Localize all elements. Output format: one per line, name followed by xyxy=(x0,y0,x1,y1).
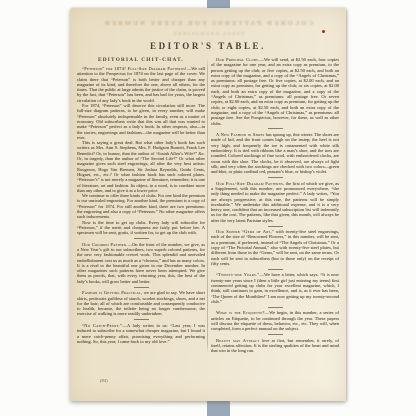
text-columns: EDITORIAL CHIT-CHAT. “Peterson” for 1874… xyxy=(77,57,339,354)
page-title: EDITOR'S TABLE. xyxy=(70,41,346,51)
paragraph-lead: “Peterson” for 1874! Full-Size Diagram P… xyxy=(82,66,187,71)
paragraph-lead: Our Full-Size Diagram Patterns, xyxy=(216,181,284,186)
paragraph-divider xyxy=(134,319,149,320)
paragraph: Beauty may Attract love at first, but re… xyxy=(211,338,339,354)
paragraph-divider xyxy=(134,238,149,239)
paragraph: Now is the time to get up clubs. Every l… xyxy=(77,220,205,236)
paragraph-divider xyxy=(268,269,283,270)
red-ink-speck xyxy=(322,30,325,33)
column-rule xyxy=(207,58,208,354)
paragraph-text: We continue to offer three kinds of club… xyxy=(77,193,205,219)
paragraph-lead: A New Fashion in Shoes xyxy=(216,132,264,137)
paragraph: “Peterson” for 1874! Full-Size Diagram P… xyxy=(77,66,205,103)
paragraph-text: This is saying a great deal. But what ot… xyxy=(77,140,205,193)
paragraph: “Twenty-one Years.”—We have a letter, wh… xyxy=(211,272,339,304)
paragraph-divider xyxy=(268,226,283,227)
paragraph-text: —We call attention to the Prospectus for… xyxy=(77,66,205,103)
paragraph-text: —We will send, at $2.50 each, four copie… xyxy=(211,57,339,126)
paragraph: This is saying a great deal. But what ot… xyxy=(77,140,205,193)
paragraph-divider xyxy=(268,128,283,129)
paragraph-lead: What is the Etiquette? xyxy=(216,310,265,315)
paragraph-divider xyxy=(134,287,149,288)
paragraph-text: —On the front of the number, we give, as… xyxy=(77,242,205,284)
paragraph-text: with twenty-five steel engravings, each … xyxy=(211,229,339,266)
paragraph: Our Full-Size Diagram Patterns, the firs… xyxy=(211,181,339,223)
paragraph: We continue to offer three kinds of club… xyxy=(77,193,205,219)
paragraph: For 1874, “Peterson” will deserve this c… xyxy=(77,103,205,140)
bleed-through-text-1: COLORED PATTERNS FOR EVERY NUMBER xyxy=(70,20,346,27)
paragraph-lead: Fashion is Getting Practical, xyxy=(82,290,142,295)
section-heading: EDITORIAL CHIT-CHAT. xyxy=(77,57,205,63)
paragraph-text: Now is the time to get up clubs. Every l… xyxy=(77,220,205,236)
magazine-page: COLORED PATTERNS FOR EVERY NUMBER STEEL … xyxy=(70,8,346,401)
paragraph-lead: “Twenty-one Years.” xyxy=(216,272,259,277)
scanned-page-view: COLORED PATTERNS FOR EVERY NUMBER STEEL … xyxy=(0,0,416,416)
paragraph-divider xyxy=(268,307,283,308)
paragraph-text: For 1874, “Peterson” will deserve this c… xyxy=(77,103,205,140)
paragraph-divider xyxy=(268,177,283,178)
paragraph-text: has sprung up, this winter. The shoes ar… xyxy=(211,132,339,174)
paragraph-lead: Beauty may Attract xyxy=(216,338,259,343)
paragraph-lead: Our Colored Pattern. xyxy=(82,242,128,247)
page-number: (84) xyxy=(100,378,108,383)
right-column: Our Principal Clubs.—We will send, at $2… xyxy=(211,57,339,354)
paragraph-text: —We have a letter, which says: “It is no… xyxy=(211,272,339,303)
paragraph: “No Catch-Penny.”—A lady writes to us: “… xyxy=(77,323,205,344)
paragraph-lead: Our Principal Clubs. xyxy=(216,57,259,62)
paragraph: Our Principal Clubs.—We will send, at $2… xyxy=(211,57,339,126)
paragraph: Fashion is Getting Practical, we are gla… xyxy=(77,290,205,316)
bleed-through-text-2: STEEL ENGRAVINGS xyxy=(70,31,346,36)
paragraph: What is the Etiquette?—We begin, in this… xyxy=(211,310,339,331)
paragraph-lead: “No Catch-Penny.” xyxy=(82,323,123,328)
paragraph-divider xyxy=(268,334,283,335)
paragraph: Our Colored Pattern.—On the front of the… xyxy=(77,242,205,284)
paragraph-text: the first of which we give, as a Supplem… xyxy=(211,181,339,223)
left-column: EDITORIAL CHIT-CHAT. “Peterson” for 1874… xyxy=(77,57,205,354)
scan-backing-strip-bottom xyxy=(207,401,230,416)
paragraph: Our Superb “Gems of Art,” with twenty-fi… xyxy=(211,229,339,266)
paragraph: A New Fashion in Shoes has sprung up, th… xyxy=(211,132,339,174)
